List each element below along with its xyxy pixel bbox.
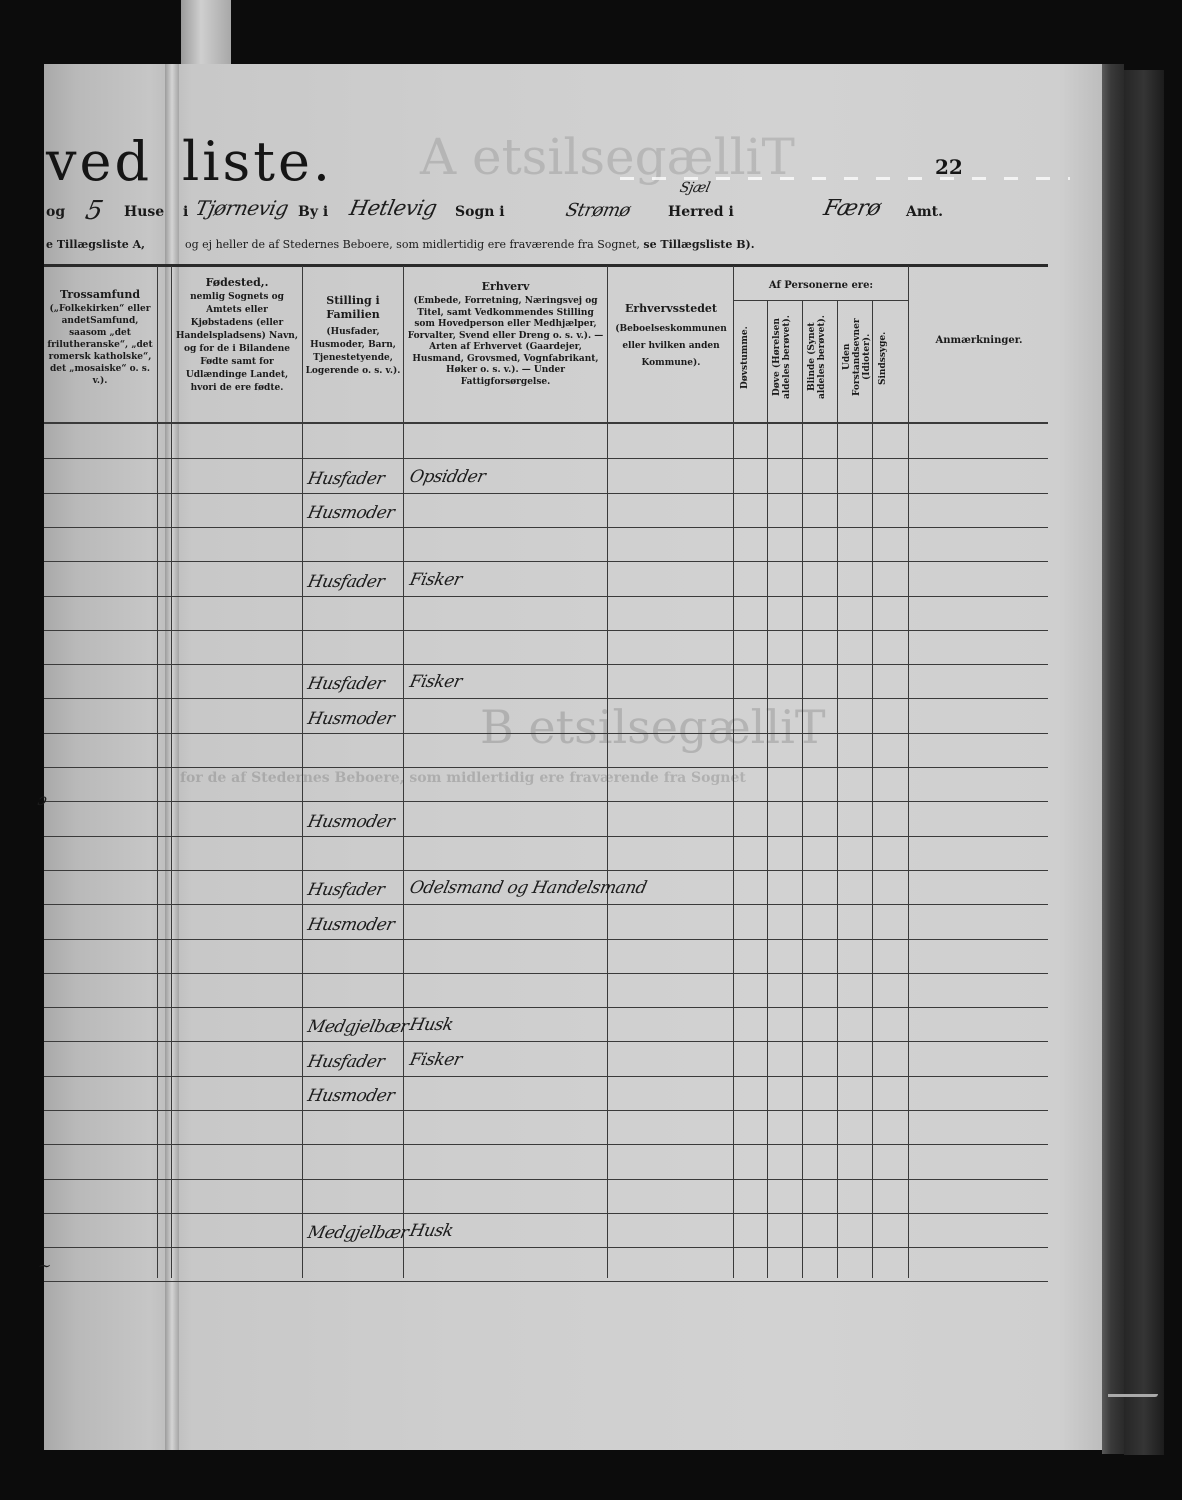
page-tab: [181, 0, 231, 65]
stilling-cell: Husfader: [306, 880, 386, 900]
stilling-cell: Husmoder: [306, 915, 396, 935]
title-right: liste.: [182, 130, 333, 193]
stilling-cell: Husfader: [306, 469, 386, 489]
stilling-cell: Husfader: [306, 674, 386, 694]
table-row: HusfaderOdelsmand og Handelsmand: [44, 870, 1048, 904]
herred-name-superscript: Sjæl: [678, 180, 711, 196]
header-dove: Døve (Hørelsen aldeles berøvet).: [772, 304, 798, 410]
subheader-right-bold: se Tillægsliste B).: [643, 238, 754, 251]
fodested-title: Fødested,.: [174, 276, 300, 289]
erhverv-cell: Opsidder: [408, 467, 487, 487]
sogn-label: Sogn i: [455, 204, 505, 220]
cover-edge-highlight: [1108, 1394, 1158, 1397]
by-name: Tjørnevig: [193, 196, 290, 220]
stilling-cell: Medgjelbær: [306, 1017, 410, 1037]
table-row: Husmoder: [44, 802, 1048, 836]
stilling-cell: Husmoder: [306, 812, 396, 832]
col-header-anmaerkninger: Anmærkninger.: [910, 334, 1048, 347]
subheader-right-text: og ej heller de af Stedernes Beboere, so…: [185, 238, 640, 251]
stilling-cell: Husmoder: [306, 1086, 396, 1106]
title-left-fragment: ved: [46, 130, 152, 193]
erhvervsstedet-desc: (Beboelseskommunen eller hvilken anden K…: [610, 321, 732, 372]
erhverv-desc: (Embede, Forretning, Næringsvej og Titel…: [406, 296, 605, 388]
table-row: [44, 1110, 1048, 1144]
erhverv-cell: Fisker: [408, 570, 464, 590]
stilling-desc: (Husfader, Husmoder, Barn, Tjenestetyend…: [305, 326, 401, 378]
i-label: i: [183, 204, 188, 220]
amt-label: Amt.: [906, 204, 943, 220]
table-row: MedgjelbærHusk: [44, 1007, 1048, 1041]
book-spine: [1102, 64, 1124, 1454]
table-row: [44, 836, 1048, 870]
header-blinde: Blinde (Synet aldeles berøvet).: [807, 304, 833, 410]
stilling-cell: Medgjelbær: [306, 1223, 410, 1243]
amt-name: Færø: [821, 196, 883, 221]
table-row: [44, 1247, 1048, 1281]
col-header-trossamfund: Trossamfund („Folkekirken“ eller andetSa…: [44, 288, 156, 387]
stilling-cell: Husmoder: [306, 709, 396, 729]
row-rule: [44, 1281, 1048, 1282]
stilling-title: Stilling i Familien: [305, 294, 401, 322]
herred-name: Strømø: [564, 200, 632, 221]
subheader-right: og ej heller de af Stedernes Beboere, so…: [185, 238, 755, 251]
table-row: [44, 1145, 1048, 1179]
trossamfund-desc: („Folkekirken“ eller andetSamfund, saaso…: [44, 303, 156, 387]
erhverv-cell: Odelsmand og Handelsmand: [408, 878, 648, 898]
book-cover-edge: [1124, 70, 1164, 1455]
erhverv-cell: Fisker: [408, 1050, 464, 1070]
table-row: [44, 630, 1048, 664]
table-row: HusfaderFisker: [44, 1042, 1048, 1076]
table-row: [44, 1179, 1048, 1213]
erhverv-title: Erhverv: [406, 280, 605, 293]
header-sindssyge: Sindssyge.: [878, 308, 902, 408]
houses-label: Huse: [124, 204, 164, 220]
og-prefix: og: [46, 204, 65, 220]
table-row: Husmoder: [44, 493, 1048, 527]
by-label: By i: [298, 204, 328, 220]
erhverv-cell: Husk: [408, 1015, 455, 1035]
stilling-cell: Husfader: [306, 572, 386, 592]
table-row: [44, 973, 1048, 1007]
table-row: [44, 596, 1048, 630]
table-row: Husmoder: [44, 905, 1048, 939]
stilling-cell: Husmoder: [306, 503, 396, 523]
erhverv-cell: Husk: [408, 1221, 455, 1241]
table-row: MedgjelbærHusk: [44, 1213, 1048, 1247]
header-uden-forstandsevner: Uden Forstandsevner (Idioter).: [842, 304, 868, 410]
table-row: Husmoder: [44, 699, 1048, 733]
census-rows: HusfaderOpsidderHusmoderHusfaderFiskerHu…: [44, 424, 1048, 1284]
stilling-cell: Husfader: [306, 1052, 386, 1072]
herred-label: Herred i: [668, 204, 734, 220]
erhvervsstedet-title: Erhvervsstedet: [610, 302, 732, 315]
header-dovstumme: Døvstumme.: [740, 308, 762, 408]
col-header-stilling: Stilling i Familien (Husfader, Husmoder,…: [305, 294, 401, 378]
table-row: HusfaderFisker: [44, 562, 1048, 596]
table-row: HusfaderOpsidder: [44, 459, 1048, 493]
af-personerne-rule: [734, 300, 908, 301]
table-row: [44, 527, 1048, 561]
af-personerne-title: Af Personerne ere:: [734, 279, 908, 292]
table-row: Husmoder: [44, 1076, 1048, 1110]
table-row: HusfaderFisker: [44, 664, 1048, 698]
col-header-fodested: Fødested,. nemlig Sognets og Amtets elle…: [174, 276, 300, 395]
subheader-left: e Tillægsliste A,: [46, 238, 145, 251]
table-row: [44, 733, 1048, 767]
page-number: 22: [935, 155, 963, 179]
col-header-erhvervsstedet: Erhvervsstedet (Beboelseskommunen eller …: [610, 302, 732, 372]
sogn-name: Hetlevig: [347, 196, 438, 220]
trossamfund-title: Trossamfund: [44, 288, 156, 301]
table-row: [44, 767, 1048, 801]
header-rule: [44, 264, 1048, 267]
erhverv-cell: Fisker: [408, 672, 464, 692]
fodested-desc: nemlig Sognets og Amtets eller Kjøbstade…: [174, 291, 300, 395]
table-row: [44, 939, 1048, 973]
col-header-erhverv: Erhverv (Embede, Forretning, Næringsvej …: [406, 280, 605, 388]
table-row: [44, 424, 1048, 458]
